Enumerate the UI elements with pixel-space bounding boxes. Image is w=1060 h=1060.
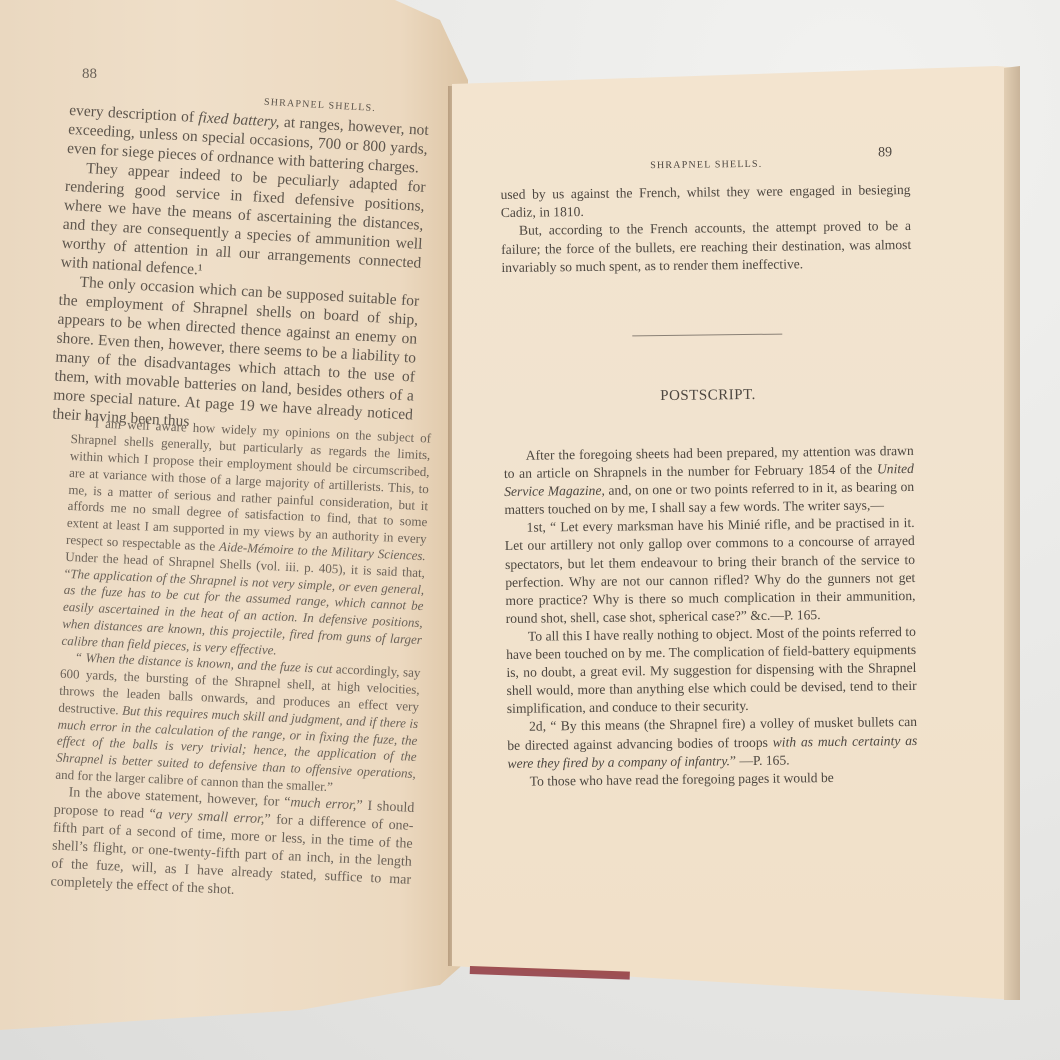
left-body: every description of fixed battery, at r… [52,101,429,444]
left-page-text: SHRAPNEL SHELLS. every description of fi… [52,62,432,444]
paragraph: 2d, “ By this means (the Shrapnel fire) … [507,713,918,772]
paragraph: 1st, “ Let every marksman have his Minié… [505,514,916,628]
right-body: used by us against the French, whilst th… [500,181,911,277]
paragraph: To all this I have really nothing to obj… [506,623,917,718]
paragraph: After the foregoing sheets had been prep… [504,442,915,519]
paragraph: They appear indeed to be peculiarly adap… [60,158,426,292]
left-footnote: ¹ I am well aware how widely my opinions… [50,410,431,908]
postscript-heading: POSTSCRIPT. [503,385,913,407]
paragraph: But, according to the French accounts, t… [501,217,912,277]
footnote-paragraph: ¹ I am well aware how widely my opinions… [61,410,431,666]
right-page-number: 89 [878,145,892,161]
postscript-body: After the foregoing sheets had been prep… [504,442,918,791]
right-running-head: SHRAPNEL SHELLS. [650,159,762,171]
right-page-text: SHRAPNEL SHELLS. 89 used by us against t… [500,145,918,791]
right-page-header: SHRAPNEL SHELLS. 89 [500,145,910,186]
paragraph: used by us against the French, whilst th… [500,181,910,222]
page-block-edge [1004,66,1020,1000]
section-divider [632,334,782,337]
footnote-paragraph: In the above statement, however, for “mu… [50,783,415,907]
footnote-paragraph: “ When the distance is known, and the fu… [55,649,421,800]
